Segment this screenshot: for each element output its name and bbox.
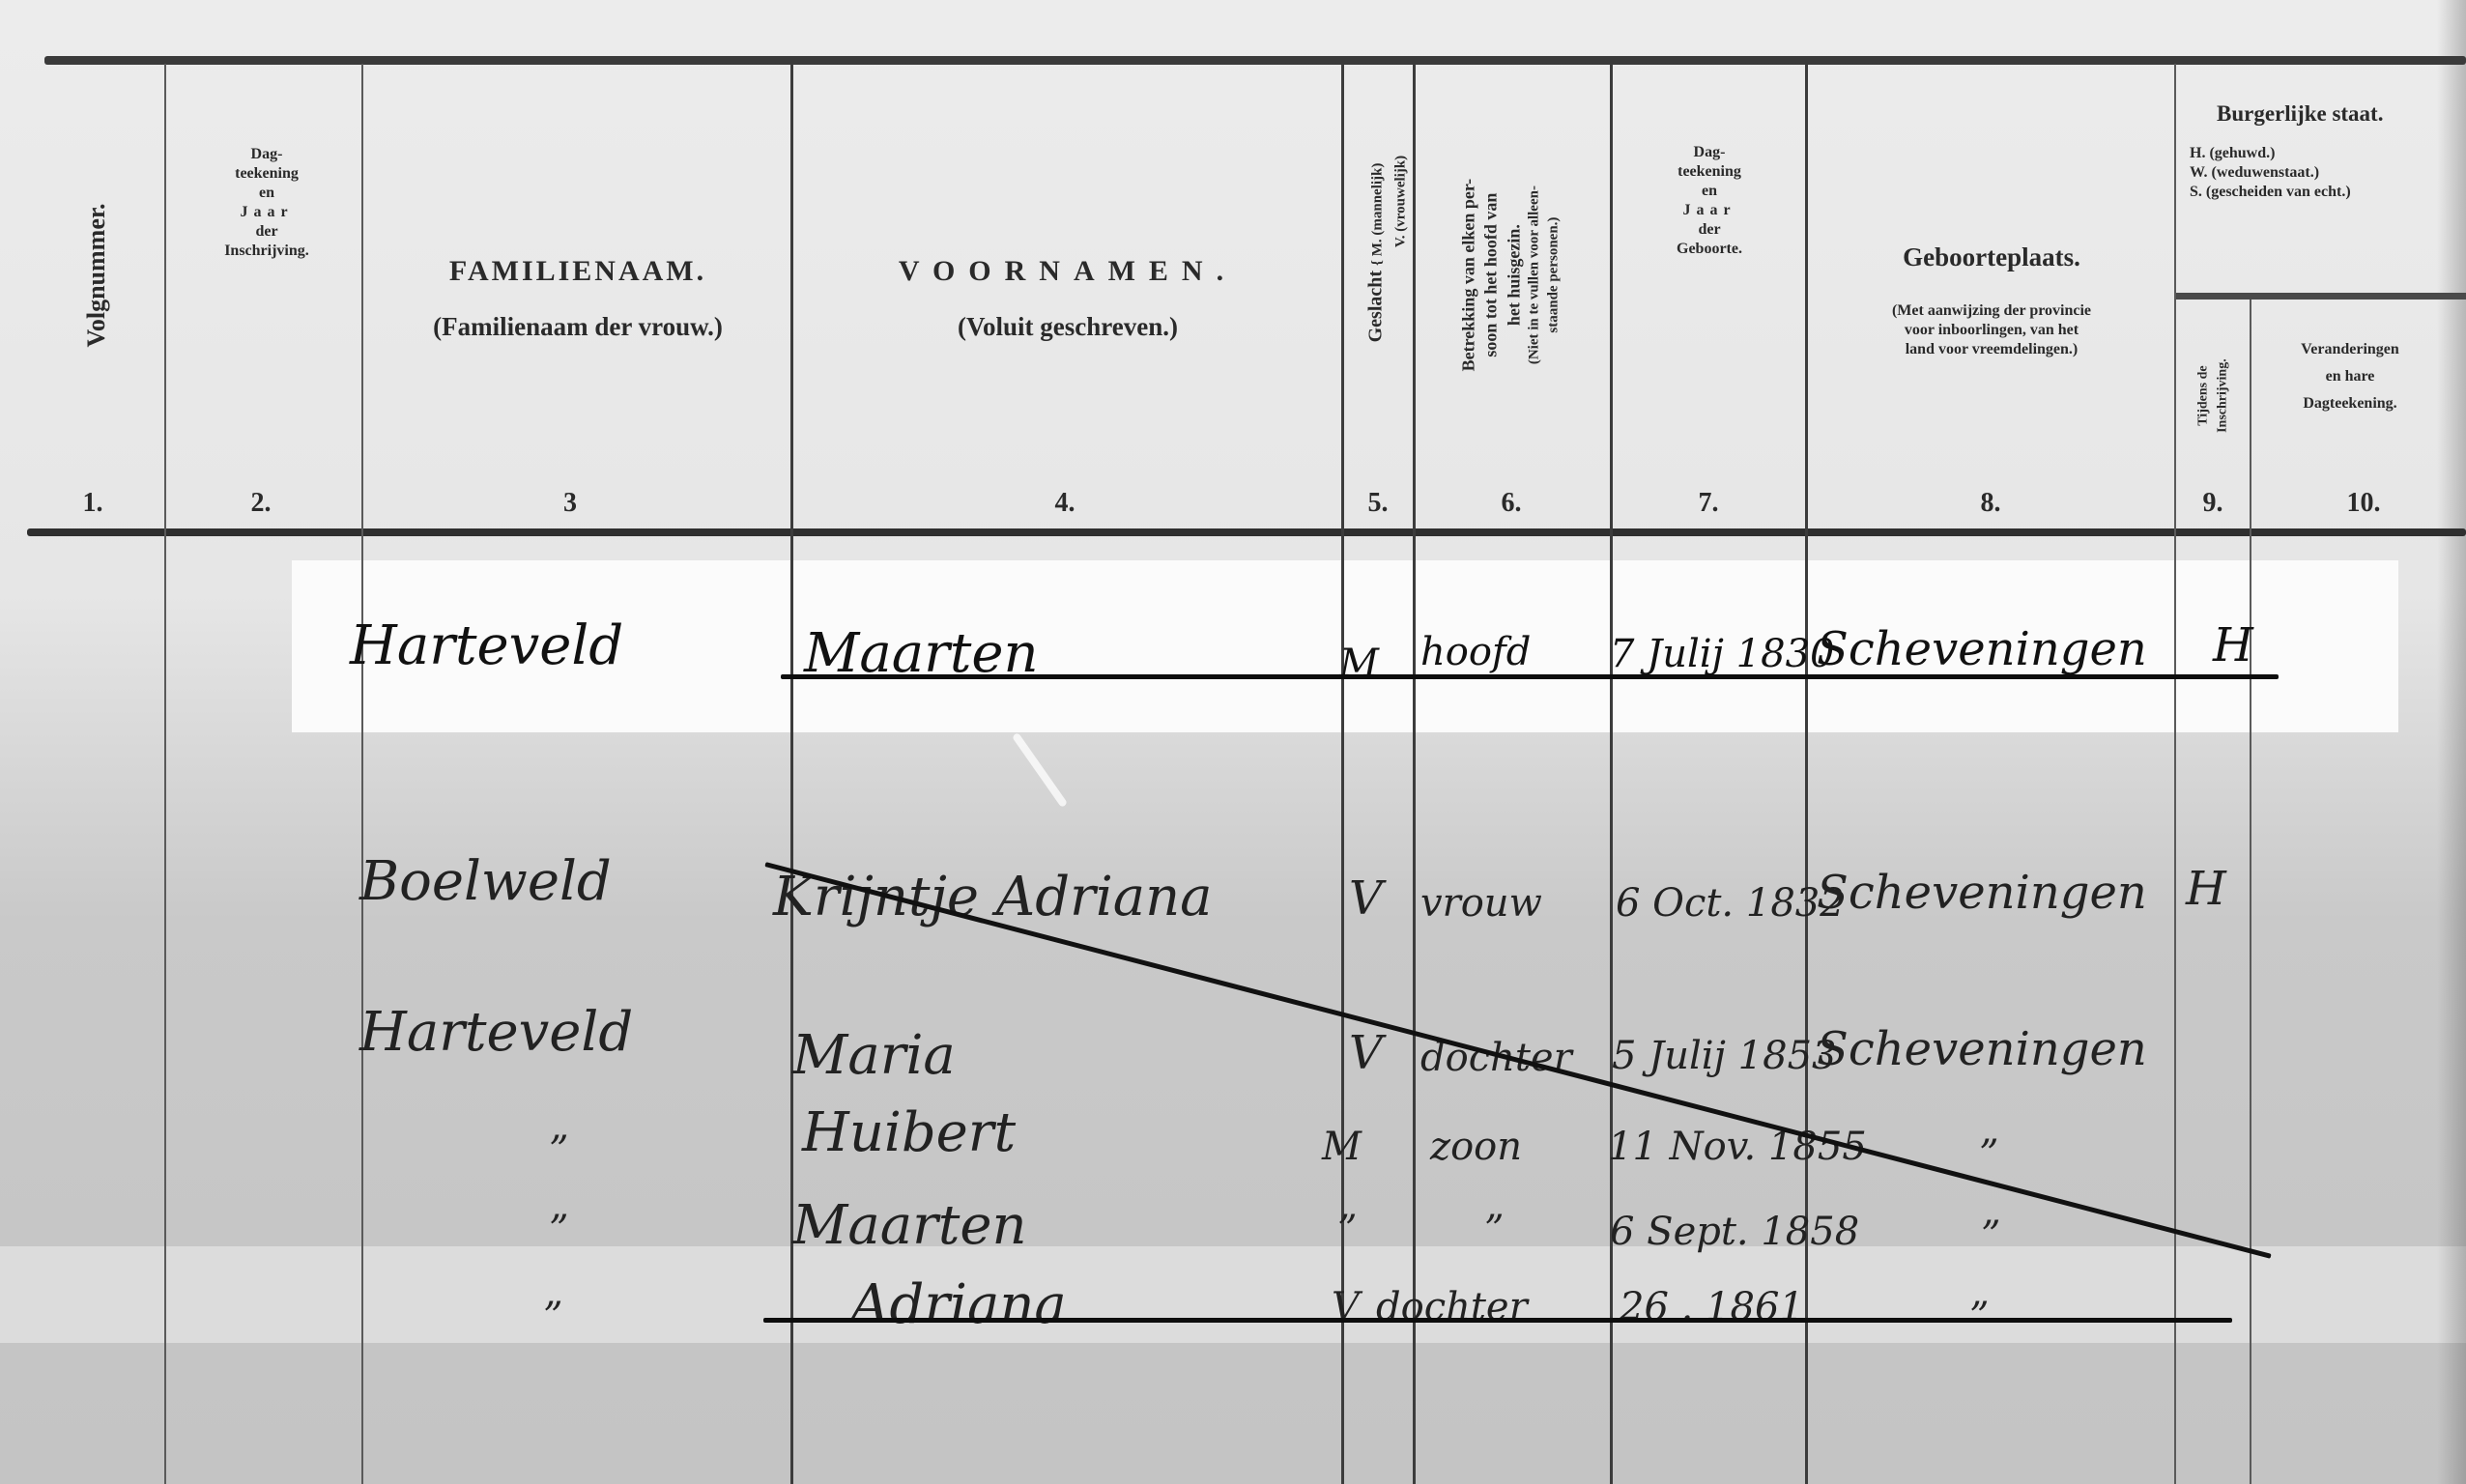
- header-line: teekening: [172, 164, 361, 184]
- column-divider: [1610, 64, 1613, 1484]
- strike-through-line: [781, 674, 2279, 679]
- header-subtitle: land voor vreemdelingen.): [1809, 340, 2174, 359]
- geslacht-cell: V: [1332, 1285, 1360, 1329]
- header-line: soon tot het hoofd van: [1480, 97, 1503, 454]
- geslacht-cell: V: [1349, 871, 1383, 926]
- header-volgnummer: Volgnummer.: [82, 169, 111, 382]
- column-number: 6.: [1482, 488, 1540, 519]
- legend-item: W. (weduwenstaat.): [2180, 163, 2466, 183]
- voornamen-cell: Krijntje Adriana: [773, 866, 1213, 928]
- header-familienaam: FAMILIENAAM. (Familienaam der vrouw.): [365, 253, 790, 343]
- voornamen-cell: Maarten: [792, 1194, 1027, 1257]
- header-line: der: [172, 222, 361, 242]
- column-divider: [2250, 300, 2251, 1484]
- geboorteplaats-cell: ”: [1979, 1132, 1998, 1177]
- geslacht-cell: M: [1339, 642, 1379, 686]
- column-divider: [1413, 64, 1416, 1484]
- column-number: 3: [541, 488, 599, 519]
- header-title: Geslacht: [1365, 271, 1387, 342]
- header-line: en: [1614, 182, 1805, 201]
- geboorteplaats-cell: Scheveningen: [1817, 622, 2147, 676]
- header-title: FAMILIENAAM.: [365, 253, 790, 290]
- geboorte-cell: 11 Nov. 1855: [1608, 1125, 1867, 1169]
- column-number: 2.: [232, 488, 290, 519]
- column-divider: [2174, 64, 2176, 1484]
- header-line: (Niet in te vullen voor alleen-: [1526, 97, 1545, 454]
- header-line: der: [1614, 220, 1805, 240]
- column-number: 4.: [1036, 488, 1094, 519]
- geboorte-cell: 26 . 1861: [1620, 1285, 1804, 1329]
- header-line: Jaar: [1614, 201, 1805, 220]
- geboorte-cell: 6 Sept. 1858: [1610, 1210, 1859, 1254]
- lower-light-band: [0, 1246, 2466, 1343]
- geboorteplaats-cell: ”: [1981, 1213, 2000, 1258]
- familienaam-cell: Harteveld: [359, 1001, 633, 1064]
- header-line: Betrekking van elken per-: [1457, 97, 1479, 454]
- top-rule: [44, 56, 2466, 65]
- header-subtitle: M. (mannelijk): [1370, 163, 1386, 257]
- geslacht-cell: M: [1322, 1125, 1362, 1169]
- geboorte-cell: 7 Julij 1830: [1610, 632, 1834, 676]
- header-subtitle: (Familienaam der vrouw.): [365, 311, 790, 344]
- column-divider: [790, 64, 793, 1484]
- header-line: het huisgezin.: [1503, 97, 1525, 454]
- header-line: Tijdens de: [2194, 300, 2213, 493]
- header-line: Veranderingen: [2253, 340, 2447, 359]
- column-number: 9.: [2184, 488, 2242, 519]
- header-line: teekening: [1614, 162, 1805, 182]
- header-burgerlijke-staat: Burgerlijke staat. H. (gehuwd.) W. (wedu…: [2180, 100, 2466, 202]
- geboorteplaats-cell: ”: [1969, 1295, 1989, 1339]
- header-line: Inschrijving.: [2213, 300, 2232, 493]
- header-line: Dagteekening.: [2253, 394, 2447, 414]
- familienaam-cell: Harteveld: [350, 614, 623, 677]
- header-geslacht-v: V. (vrouwelijk): [1393, 105, 1410, 299]
- voornamen-cell: Adriana: [850, 1273, 1067, 1336]
- header-line: Dag-: [1614, 143, 1805, 162]
- burgerlijke-staat-cell: H: [2186, 862, 2226, 916]
- page-edge-shadow: [2437, 0, 2466, 1484]
- header-line: Geboorte.: [1614, 240, 1805, 259]
- familienaam-cell: ”: [549, 1128, 568, 1173]
- familienaam-cell: ”: [549, 1208, 568, 1252]
- column-divider: [164, 64, 166, 1484]
- betrekking-cell: vrouw: [1420, 881, 1542, 926]
- betrekking-cell: zoon: [1430, 1125, 1522, 1169]
- header-line: Dag-: [172, 145, 361, 164]
- header-voornamen: VOORNAMEN. (Voluit geschreven.): [794, 253, 1341, 343]
- header-betrekking: Betrekking van elken per- soon tot het h…: [1457, 97, 1563, 454]
- column-number: 7.: [1679, 488, 1737, 519]
- column-divider: [361, 64, 363, 1484]
- header-tijdens-inschrijving: Tijdens de Inschrijving.: [2194, 300, 2231, 493]
- header-line: Inschrijving.: [172, 242, 361, 261]
- betrekking-cell: hoofd: [1420, 630, 1531, 674]
- header-geslacht: Geslacht { M. (mannelijk): [1365, 157, 1388, 350]
- geboorteplaats-cell: Scheveningen: [1817, 866, 2147, 920]
- header-dagteekening-geboorte: Dag- teekening en Jaar der Geboorte.: [1614, 143, 1805, 259]
- familienaam-cell: ”: [543, 1295, 562, 1339]
- film-scratch: [1012, 732, 1068, 808]
- column-divider: [1805, 64, 1808, 1484]
- column-number: 8.: [1962, 488, 2020, 519]
- betrekking-cell: ”: [1484, 1208, 1504, 1252]
- header-subtitle: voor inboorlingen, van het: [1809, 321, 2174, 340]
- header-geboorteplaats: Geboorteplaats. (Met aanwijzing der prov…: [1809, 242, 2174, 359]
- header-veranderingen: Veranderingen en hare Dagteekening.: [2253, 340, 2447, 414]
- geboorte-cell: 5 Julij 1853: [1612, 1034, 1836, 1078]
- header-subtitle: (Met aanwijzing der provincie: [1809, 301, 2174, 321]
- header-title: Geboorteplaats.: [1809, 242, 2174, 274]
- column-number: 5.: [1349, 488, 1407, 519]
- header-subtitle: (Voluit geschreven.): [794, 311, 1341, 344]
- geslacht-cell: ”: [1337, 1208, 1357, 1252]
- column-divider: [1341, 64, 1344, 1484]
- betrekking-cell: dochter: [1376, 1285, 1528, 1329]
- column-number: 10.: [2335, 488, 2393, 519]
- header-line: Jaar: [172, 203, 361, 222]
- voornamen-cell: Huibert: [802, 1101, 1016, 1164]
- legend-item: S. (gescheiden van echt.): [2180, 183, 2466, 202]
- strike-through-line: [763, 1318, 2232, 1323]
- geslacht-cell: V: [1349, 1026, 1383, 1080]
- header-bottom-rule: [27, 528, 2466, 536]
- header-line: staande personen.): [1544, 97, 1563, 454]
- register-page: Volgnummer. Dag- teekening en Jaar der I…: [0, 0, 2466, 1484]
- header-title: VOORNAMEN.: [794, 253, 1341, 290]
- header-title: Burgerlijke staat.: [2180, 100, 2466, 128]
- burgerlijke-staat-cell: H: [2213, 618, 2253, 672]
- column-number: 1.: [64, 488, 122, 519]
- geboorteplaats-cell: Scheveningen: [1817, 1022, 2147, 1076]
- header-line: en: [172, 184, 361, 203]
- voornamen-cell: Maria: [792, 1024, 956, 1087]
- geboorte-cell: 6 Oct. 1832: [1616, 881, 1845, 926]
- familienaam-cell: Boelweld: [359, 850, 612, 913]
- legend-item: H. (gehuwd.): [2180, 144, 2466, 163]
- header-dagteekening-inschrijving: Dag- teekening en Jaar der Inschrijving.: [172, 145, 361, 261]
- header-line: en hare: [2253, 367, 2447, 386]
